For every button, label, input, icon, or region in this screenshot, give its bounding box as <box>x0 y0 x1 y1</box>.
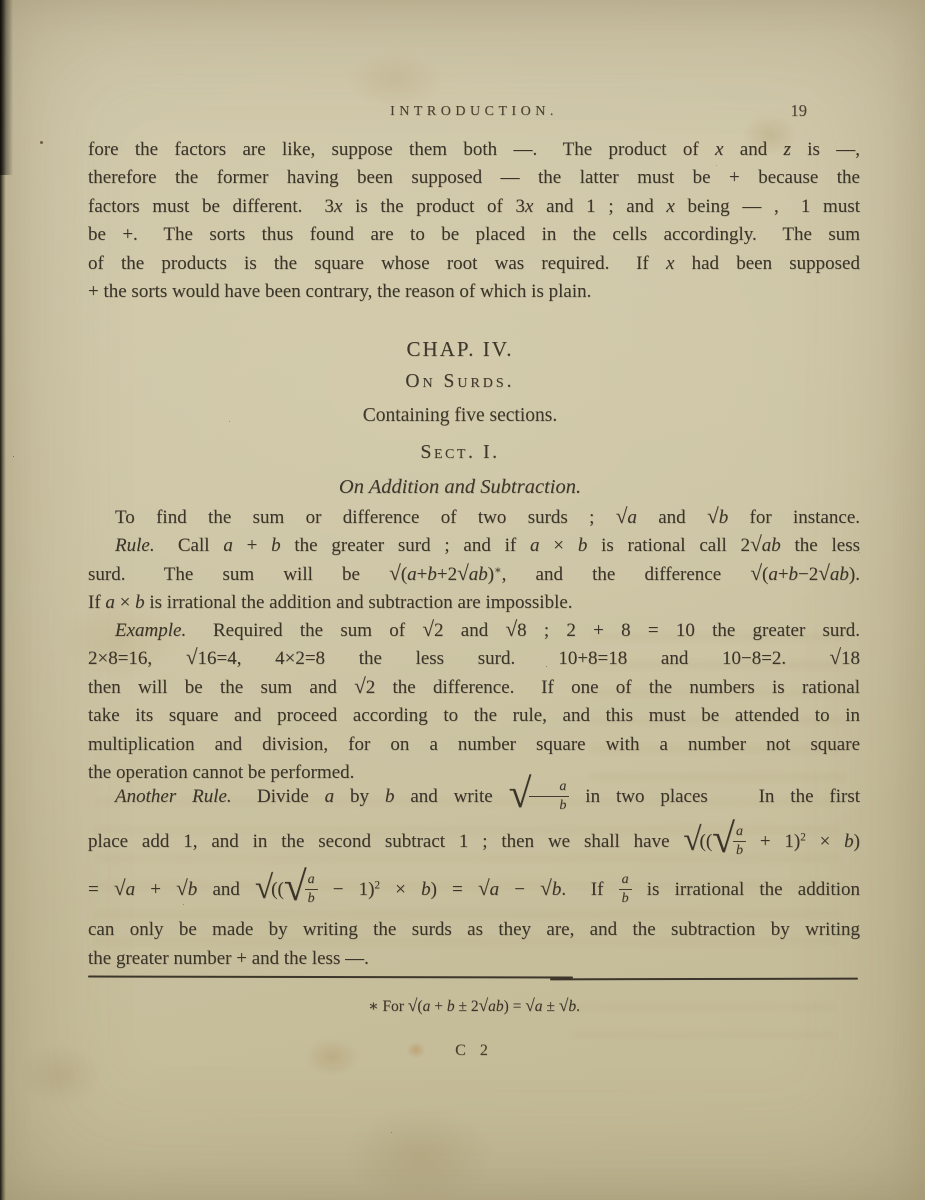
section-heading: Sect. I. <box>88 441 832 464</box>
chapter-subtitle: On Surds. <box>88 371 832 393</box>
text-line: 2×8=16, √16=4, 4×2=8 the less surd. 10+8… <box>88 645 860 673</box>
paragraph-rule: To find the sum or difference of two sur… <box>88 504 860 618</box>
text-line: = √a + √b and √((√ab − 1)2 × b) = √a − √… <box>88 865 860 915</box>
text-line: Rule. Call a + b the greater surd ; and … <box>88 532 860 560</box>
text-line: fore the factors are like, suppose them … <box>88 136 860 164</box>
text-line: factors must be different. 3x is the pro… <box>88 193 860 221</box>
text-line: place add 1, and in the second subtract … <box>88 819 860 865</box>
text-line: Another Rule. Divide a by b and write √a… <box>88 775 860 819</box>
chapter-heading: CHAP. IV. <box>88 337 832 362</box>
page-number: 19 <box>791 101 808 121</box>
footnote-divider-rule <box>88 974 858 981</box>
text-line: of the products is the square whose root… <box>88 250 860 278</box>
text-line: Example. Required the sum of √2 and √8 ;… <box>88 617 860 645</box>
text-line: can only be made by writing the surds as… <box>88 915 860 944</box>
paragraph-another-rule: Another Rule. Divide a by b and write √a… <box>88 775 860 973</box>
paragraph-example: Example. Required the sum of √2 and √8 ;… <box>88 617 860 787</box>
section-subtitle: On Addition and Subtraction. <box>88 476 832 499</box>
text-line: surd. The sum will be √(a+b+2√ab)∗, and … <box>88 561 860 589</box>
running-title: INTRODUCTION. <box>88 104 860 120</box>
book-page-scan: INTRODUCTION. 19 fore the factors are li… <box>0 0 925 1200</box>
footnote: ∗ For √(a + b ± 2√ab) = √a ± √b. <box>88 997 860 1016</box>
text-line: take its square and proceed according to… <box>88 702 860 730</box>
scan-corner-shadow <box>0 0 13 175</box>
text-line: be +. The sorts thus found are to be pla… <box>88 221 860 249</box>
paper-specks <box>40 141 43 144</box>
paragraph-continuation: fore the factors are like, suppose them … <box>88 136 860 306</box>
text-line: If a × b is irrational the addition and … <box>88 589 860 617</box>
text-line: To find the sum or difference of two sur… <box>88 504 860 532</box>
chapter-note: Containing five sections. <box>88 405 832 427</box>
signature-mark: C 2 <box>88 1042 860 1060</box>
text-line: therefore the former having been suppose… <box>88 164 860 192</box>
scan-edge-shadow <box>0 0 6 1200</box>
text-line: + the sorts would have been contrary, th… <box>88 278 860 306</box>
text-line: multiplication and division, for on a nu… <box>88 731 860 759</box>
text-line: the greater number + and the less —. <box>88 944 860 973</box>
text-line: then will be the sum and √2 the differen… <box>88 674 860 702</box>
